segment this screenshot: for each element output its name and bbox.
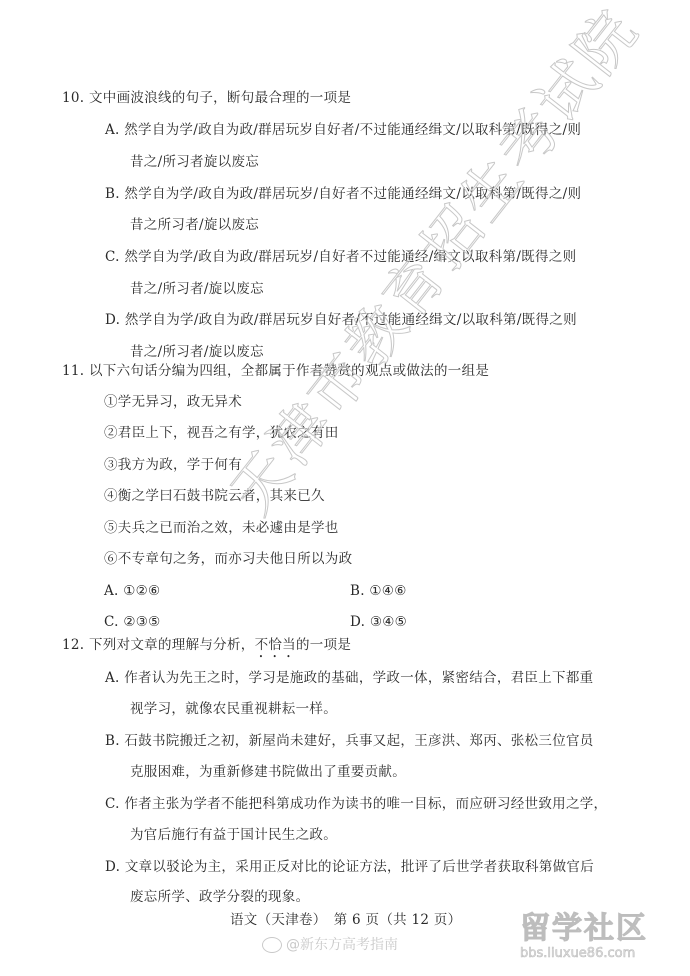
weibo-handle: @新东方高考指南: [286, 937, 398, 953]
option-text: ①④⑥: [369, 583, 406, 599]
option-label: A.: [105, 122, 120, 138]
q11-option-c: C. ②③⑤: [104, 613, 161, 631]
option-text: 然学自为学/政自为政/群居玩岁自好者/不过能通经缉文/以取科第/既得之/则: [124, 122, 581, 138]
option-label: A.: [105, 670, 120, 686]
option-label: B.: [105, 186, 120, 202]
question-stem: 以下六句话分编为四组，全都属于作者赞赏的观点或做法的一组是: [89, 363, 489, 379]
q11-option-d: D. ③④⑤: [350, 613, 407, 631]
option-label: C.: [105, 796, 120, 812]
q10-option-a: A. 然学自为学/政自为政/群居玩岁自好者/不过能通经缉文/以取科第/既得之/则: [105, 121, 581, 139]
logo-url: bbs.liuxue86.com: [520, 946, 680, 962]
q10-option-d-cont: 昔之/所习者/旋以废忘: [130, 343, 264, 361]
logo-title: 留学社区: [520, 912, 680, 946]
q11-item-6: ⑥不专章句之务，而亦习夫他日所以为政: [104, 550, 352, 568]
q10-option-b: B. 然学自为学/政自为政/群居玩岁/自好者不过能通经缉文/以取科第/既得之/则: [105, 185, 581, 203]
option-text: 然学自为学/政自为政/群居玩岁/自好者不过能通经缉文/以取科第/既得之/则: [124, 186, 581, 202]
q11-option-b: B. ①④⑥: [350, 582, 407, 600]
question-stem: 文中画波浪线的句子，断句最合理的一项是: [89, 90, 351, 106]
q12-option-a-cont: 视学习，就像农民重视耕耘一样。: [130, 700, 337, 718]
q10-stem: 10. 文中画波浪线的句子，断句最合理的一项是: [62, 89, 351, 107]
option-label: A.: [104, 583, 119, 599]
question-number: 12.: [62, 636, 84, 654]
q12-option-d: D. 文章以驳论为主，采用正反对比的论证方法，批评了后世学者获取科第做官后: [105, 858, 594, 876]
weibo-icon: [262, 937, 282, 953]
q10-option-c-cont: 昔之/所习者/旋以废忘: [130, 280, 264, 298]
option-text: 作者认为先王之时，学习是施政的基础，学政一体，紧密结合，君臣上下都重: [124, 670, 593, 686]
q12-option-d-cont: 废忘所学、政学分裂的现象。: [130, 888, 309, 906]
q10-option-c: C. 然学自为学/政自为政/群居玩岁/自好者不过能通经/缉文以取科第/既得之则: [105, 248, 576, 266]
page-footer: 语文（天津卷） 第 6 页（共 12 页）: [230, 911, 461, 929]
option-text: 文章以驳论为主，采用正反对比的论证方法，批评了后世学者获取科第做官后: [125, 859, 594, 875]
q11-item-3: ③我方为政，学于何有: [104, 456, 242, 474]
q12-option-b-cont: 克服困难，为重新修建书院做出了重要贡献。: [130, 763, 406, 781]
option-label: D.: [105, 312, 120, 328]
q10-option-d: D. 然学自为学/政自为政/群居玩岁自好者/不过能通经缉文/以取科第/既得之则: [105, 311, 577, 329]
option-label: C.: [104, 614, 119, 630]
option-label: D.: [105, 859, 120, 875]
q12-stem: 12. 下列对文章的理解与分析，不恰当的一项是: [62, 636, 351, 661]
emphasized-text: 不恰当: [255, 637, 296, 653]
option-text: ①②⑥: [123, 583, 160, 599]
question-number: 11.: [62, 362, 84, 380]
q12-option-b: B. 石鼓书院搬迁之初，新屋尚未建好，兵事又起，王彦洪、郑丙、张松三位官员: [105, 732, 594, 750]
q10-option-b-cont: 昔之所习者/旋以废忘: [130, 216, 259, 234]
option-label: C.: [105, 249, 120, 265]
stem-text: 下列对文章的理解与分析，: [89, 637, 255, 653]
q11-stem: 11. 以下六句话分编为四组，全都属于作者赞赏的观点或做法的一组是: [62, 362, 489, 380]
q12-option-a: A. 作者认为先王之时，学习是施政的基础，学政一体，紧密结合，君臣上下都重: [105, 669, 593, 687]
option-text: 然学自为学/政自为政/群居玩岁自好者/不过能通经缉文/以取科第/既得之则: [125, 312, 577, 328]
stem-text: 的一项是: [296, 637, 351, 653]
q11-option-a: A. ①②⑥: [104, 582, 160, 600]
q10-option-a-cont: 昔之/所习者旋以废忘: [130, 153, 259, 171]
option-label: D.: [350, 614, 365, 630]
q11-item-4: ④衡之学曰石鼓书院云者，其来已久: [104, 487, 325, 505]
option-text: ③④⑤: [370, 614, 407, 630]
question-number: 10.: [62, 89, 84, 107]
option-text: 然学自为学/政自为政/群居玩岁/自好者不过能通经/缉文以取科第/既得之则: [124, 249, 576, 265]
site-logo: 留学社区 bbs.liuxue86.com: [520, 912, 680, 962]
option-label: B.: [105, 733, 120, 749]
q11-item-1: ①学无异习，政无异术: [104, 393, 242, 411]
q12-option-c-cont: 为官后施行有益于国计民生之政。: [130, 826, 337, 844]
weibo-credit: @新东方高考指南: [262, 934, 398, 954]
q11-item-2: ②君臣上下，视吾之有学，犹农之有田: [104, 424, 339, 442]
q12-option-c: C. 作者主张为学者不能把科第成功作为读书的唯一目标，而应研习经世致用之学，: [105, 795, 607, 813]
option-text: 石鼓书院搬迁之初，新屋尚未建好，兵事又起，王彦洪、郑丙、张松三位官员: [124, 733, 593, 749]
option-text: 作者主张为学者不能把科第成功作为读书的唯一目标，而应研习经世致用之学，: [124, 796, 607, 812]
option-label: B.: [350, 583, 365, 599]
exam-page: 10. 文中画波浪线的句子，断句最合理的一项是 A. 然学自为学/政自为政/群居…: [0, 0, 690, 976]
q11-item-5: ⑤夫兵之已而治之效，未必遽由是学也: [104, 519, 339, 537]
option-text: ②③⑤: [123, 614, 160, 630]
